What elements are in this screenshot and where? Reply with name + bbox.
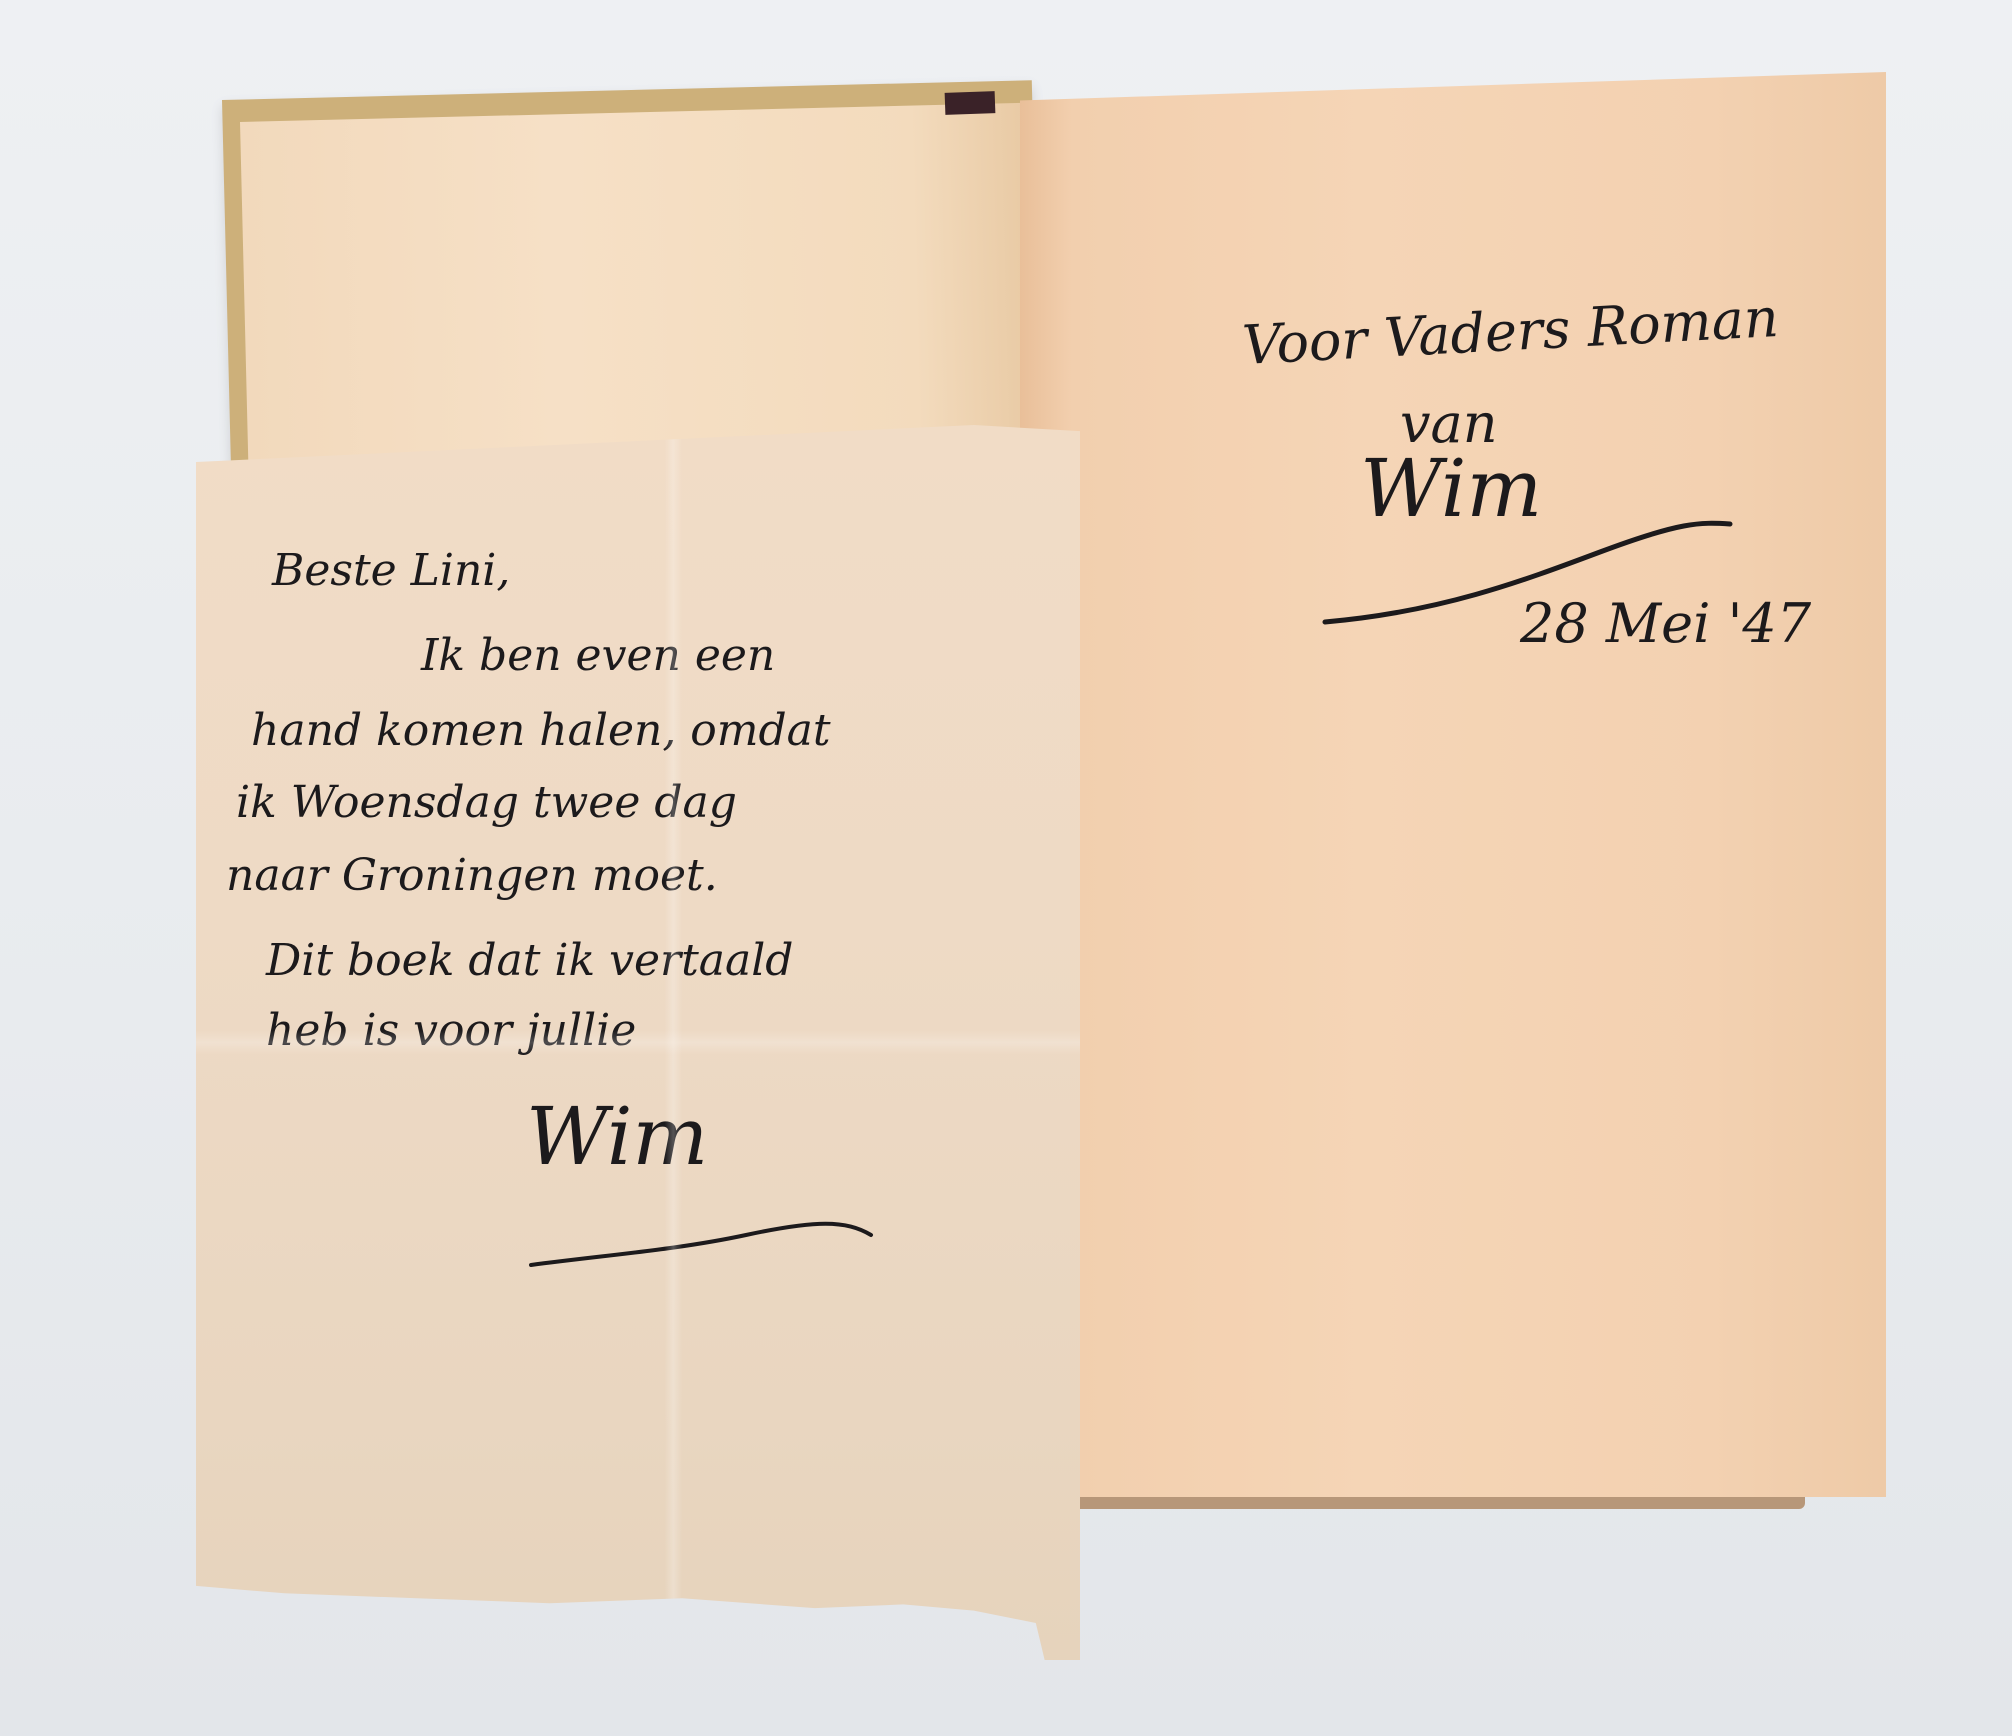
spine-headcap	[945, 91, 996, 115]
letter-line: ik Woensdag twee dag	[236, 777, 737, 828]
letter-line: Ik ben even een	[421, 630, 775, 681]
letter-line: hand komen halen, omdat	[251, 705, 831, 756]
inscription-date: 28 Mei '47	[1520, 592, 1811, 655]
page-block-edge	[1075, 1497, 1805, 1509]
letter-line: heb is voor jullie	[266, 1005, 636, 1056]
letter-signature-flourish	[526, 1205, 876, 1285]
letter-line: naar Groningen moet.	[226, 850, 718, 901]
letter-signature: Wim	[526, 1090, 708, 1183]
inscription-line-1: Voor Vaders Roman	[1241, 286, 1780, 377]
letter-line: Dit boek dat ik vertaald	[266, 935, 793, 986]
letter-salutation: Beste Lini,	[272, 545, 510, 596]
loose-letter: Beste Lini, Ik ben even een hand komen h…	[196, 425, 1080, 1660]
flyleaf-page: Voor Vaders Roman van Wim 28 Mei '47	[1020, 72, 1886, 1497]
